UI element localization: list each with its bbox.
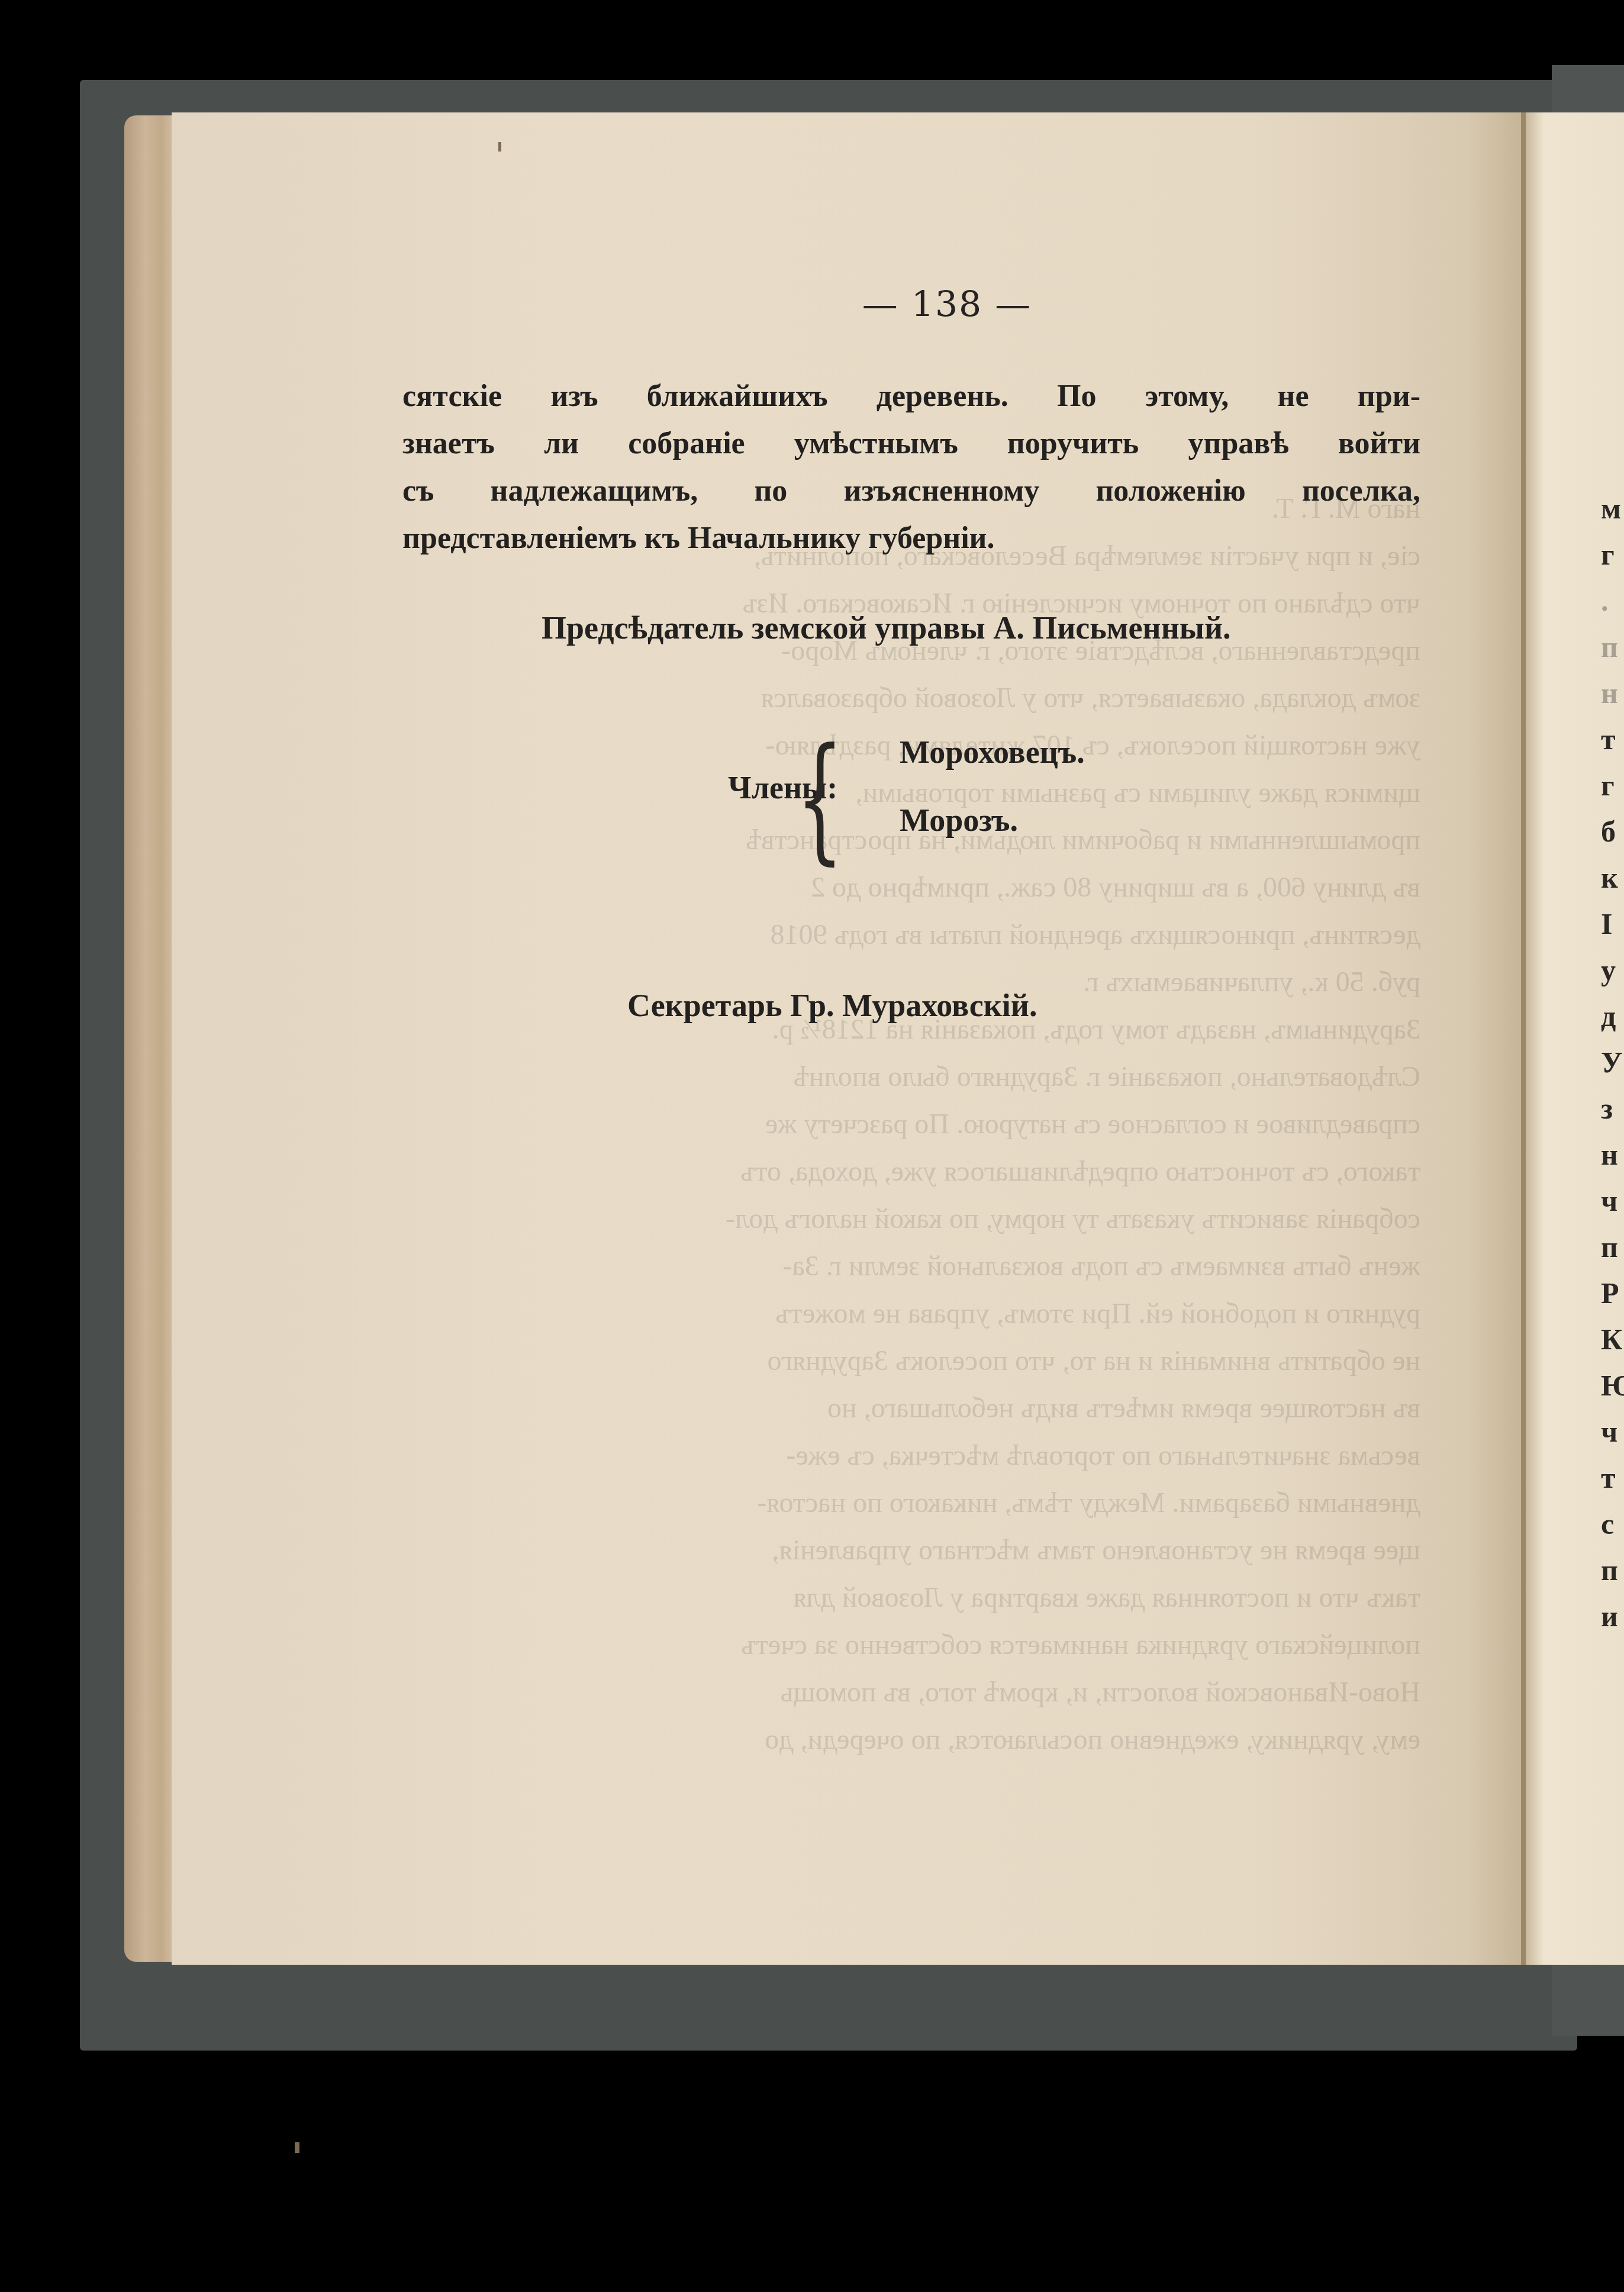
- body-line: сятскіе изъ ближайшихъ деревень. По этом…: [402, 373, 1420, 420]
- brace-symbol: {: [796, 731, 843, 867]
- edge-letter: К: [1601, 1316, 1624, 1362]
- edge-letter: н: [1601, 670, 1624, 716]
- edge-letter: с: [1601, 1501, 1624, 1547]
- body-line: представленіемъ къ Начальнику губерніи.: [402, 515, 1420, 562]
- bleed-line: не обратить вниманія и на то, что посело…: [402, 1337, 1420, 1385]
- edge-letter: и: [1601, 1593, 1624, 1639]
- bleed-line: щее время не установлено тамъ мѣстнаго у…: [402, 1527, 1420, 1574]
- bleed-line: рудняго и подобной ей. При этомъ, управа…: [402, 1290, 1420, 1337]
- body-paragraph: сятскіе изъ ближайшихъ деревень. По этом…: [402, 373, 1420, 562]
- page-stack-edge: [124, 115, 178, 1962]
- edge-letter: ч: [1601, 1178, 1624, 1224]
- chairman-signature: Предсѣдатель земской управы А. Письменны…: [542, 610, 1231, 646]
- bleed-through-text: наго М. Г. Т. сіе, и при участіи землемѣ…: [402, 485, 1420, 1764]
- edge-letter: г: [1601, 762, 1624, 808]
- edge-letter: з: [1601, 1085, 1624, 1132]
- bleed-line: Ново-Ивановской волости, и, кромѣ того, …: [402, 1669, 1420, 1716]
- bleed-line: зомъ доклада, оказывается, что у Лозовой…: [402, 675, 1420, 722]
- edge-letter: н: [1601, 1132, 1624, 1178]
- edge-letter: п: [1601, 624, 1624, 670]
- edge-letter: г: [1601, 531, 1624, 578]
- edge-letter: п: [1601, 1224, 1624, 1270]
- edge-letter: т: [1601, 716, 1624, 762]
- member-name: Мороховецъ.: [900, 734, 1085, 771]
- member-name: Морозъ.: [900, 802, 1018, 839]
- page-number: — 138 —: [852, 284, 1042, 325]
- bleed-line: въ длину 600, а въ ширину 80 саж., примѣ…: [402, 864, 1420, 911]
- bleed-line: весьма значительнаго по торговлѣ мѣстечк…: [402, 1432, 1420, 1479]
- edge-letter: у: [1601, 947, 1624, 993]
- secretary-signature: Секретарь Гр. Мураховскій.: [627, 987, 1037, 1024]
- bleed-line: ему, уряднику, ежедневно посылаются, по …: [402, 1716, 1420, 1764]
- bleed-line: десятинъ, приносящихъ арендной платы въ …: [402, 911, 1420, 959]
- bleed-line: Слѣдовательно, показаніе г. Зарудняго бы…: [402, 1053, 1420, 1101]
- bleed-line: собранія зависитъ указать ту норму, по к…: [402, 1195, 1420, 1243]
- body-line: знаетъ ли собраніе умѣстнымъ поручить уп…: [402, 420, 1420, 468]
- edge-letter: Р: [1601, 1270, 1624, 1316]
- edge-letter: ч: [1601, 1408, 1624, 1455]
- edge-letter: Ю: [1601, 1362, 1624, 1408]
- bleed-line: справедливое и согласное съ натурою. По …: [402, 1101, 1420, 1148]
- edge-letter: У: [1601, 1039, 1624, 1085]
- paper-speck: [498, 142, 501, 151]
- paper-speck: [295, 2142, 299, 2153]
- edge-letter: д: [1601, 993, 1624, 1039]
- bleed-line: такъ что и постоянная даже квартира у Ло…: [402, 1574, 1420, 1622]
- body-line: съ надлежащимъ, по изъясненному положені…: [402, 468, 1420, 515]
- bleed-line: женъ быть взимаемъ съ подъ вокзальной зе…: [402, 1243, 1420, 1290]
- bleed-line: въ настоящее время имѣетъ видъ небольшаг…: [402, 1385, 1420, 1432]
- bleed-line: полицейскаго урядника нанимается собстве…: [402, 1622, 1420, 1669]
- edge-letter: б: [1601, 808, 1624, 855]
- bleed-line: дневными базарами. Между тѣмъ, никакого …: [402, 1479, 1420, 1527]
- edge-letter: к: [1601, 855, 1624, 901]
- edge-letter: м: [1601, 485, 1624, 531]
- edge-letter: п: [1601, 1547, 1624, 1593]
- edge-letter: I: [1601, 901, 1624, 947]
- bleed-line: такого, съ точностью опредѣлившагося уже…: [402, 1148, 1420, 1195]
- edge-letter: .: [1601, 578, 1624, 624]
- right-page-text-edge: м г . п н т г б к I у д У з н ч п Р К Ю …: [1601, 485, 1624, 1639]
- edge-letter: т: [1601, 1455, 1624, 1501]
